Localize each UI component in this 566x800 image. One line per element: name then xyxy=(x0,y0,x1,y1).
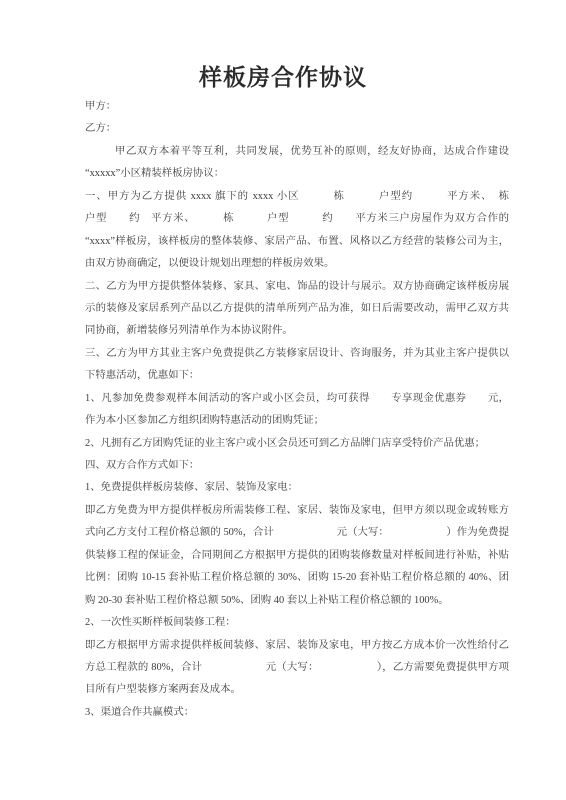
clause-2-line-1: 二、乙方为甲方提供整体装修、家具、家电、饰品的设计与展示。双方协商确定该样板房展 xyxy=(85,276,509,298)
clause-4-item-2-line-3: 目所有户型装修方案两套及成本。 xyxy=(85,679,509,701)
document-body: 甲方： 乙方： 甲乙双方本着平等互利，共同发展，优势互补的原则，经友好协商，达成… xyxy=(85,96,509,724)
party-a-label: 甲方： xyxy=(85,96,509,118)
clause-3-item-1-line-1: 1、凡参加免费参观样本间活动的客户或小区会员，均可获得 专享现金优惠券 元， xyxy=(85,388,509,410)
clause-2-line-2: 示的装修及家居系列产品以乙方提供的清单所列产品为准，如日后需要改动，需甲乙双方共 xyxy=(85,298,509,320)
clause-4-item-2-line-1: 即乙方根据甲方需求提供样板间装修、家居、装饰及家电，甲方按乙方成本价一次性给付乙 xyxy=(85,635,509,657)
clause-3-line-2: 下特惠活动，优惠如下： xyxy=(85,365,509,387)
clause-3-line-1: 三、乙方为甲方其业主客户免费提供乙方装修家居设计、咨询服务，并为其业主客户提供以 xyxy=(85,343,509,365)
clause-4-item-2-heading: 2、一次性买断样板间装修工程： xyxy=(85,612,509,634)
clause-1-line-3: “xxxx”样板房，该样板房的整体装修、家居产品、布置、风格以乙方经营的装修公司… xyxy=(85,231,509,253)
clause-2-line-3: 同协商，新增装修另列清单作为本协议附件。 xyxy=(85,320,509,342)
clause-1-line-4: 由双方协商确定，以便设计规划出理想的样板房效果。 xyxy=(85,253,509,275)
clause-4-item-1-line-5: 购 20-30 套补贴工程价格总额 50%、团购 40 套以上补贴工程价格总额的… xyxy=(85,590,509,612)
clause-4-item-1-line-3: 供装修工程的保证金，合同期间乙方根据甲方提供的团购装修数量对样板间进行补贴，补贴 xyxy=(85,545,509,567)
document-title: 样板房合作协议 xyxy=(0,62,566,93)
clause-4-item-1-line-1: 即乙方免费为甲方提供样板房所需装修工程、家居、装饰及家电，但甲方须以现金或转账方 xyxy=(85,500,509,522)
clause-1-line-1: 一、甲方为乙方提供 xxxx 旗下的 xxxx 小区 栋 户型约 平方米、 栋 xyxy=(85,186,509,208)
clause-4-heading: 四、双方合作方式如下： xyxy=(85,455,509,477)
preamble-line-2: “xxxxx”小区精装样板房协议： xyxy=(85,163,509,185)
preamble-line-1: 甲乙双方本着平等互利，共同发展，优势互补的原则，经友好协商，达成合作建设 xyxy=(85,141,509,163)
clause-1-line-2: 户型 约 平方米、 栋 户型 约 平方米三户房屋作为双方合作的 xyxy=(85,208,509,230)
clause-3-item-1-line-2: 作为本小区参加乙方组织团购特惠活动的团购凭证； xyxy=(85,410,509,432)
clause-4-item-3-heading: 3、渠道合作共赢模式： xyxy=(85,702,509,724)
clause-4-item-1-line-2: 式向乙方支付工程价格总额的 50%，合计 元（大写： ）作为免费提 xyxy=(85,522,509,544)
clause-4-item-2-line-2: 方总工程款的 80%，合计 元（大写： ），乙方需要免费提供甲方项 xyxy=(85,657,509,679)
contract-scan-page: 样板房合作协议 甲方： 乙方： 甲乙双方本着平等互利，共同发展，优势互补的原则，… xyxy=(0,0,566,800)
party-b-label: 乙方： xyxy=(85,118,509,140)
clause-4-item-1-heading: 1、免费提供样板房装修、家居、装饰及家电： xyxy=(85,477,509,499)
clause-4-item-1-line-4: 比例：团购 10-15 套补贴工程价格总额的 30%、团购 15-20 套补贴工… xyxy=(85,567,509,589)
clause-3-item-2-line-1: 2、凡拥有乙方团购凭证的业主客户或小区会员还可到乙方品牌门店享受特价产品优惠； xyxy=(85,433,509,455)
